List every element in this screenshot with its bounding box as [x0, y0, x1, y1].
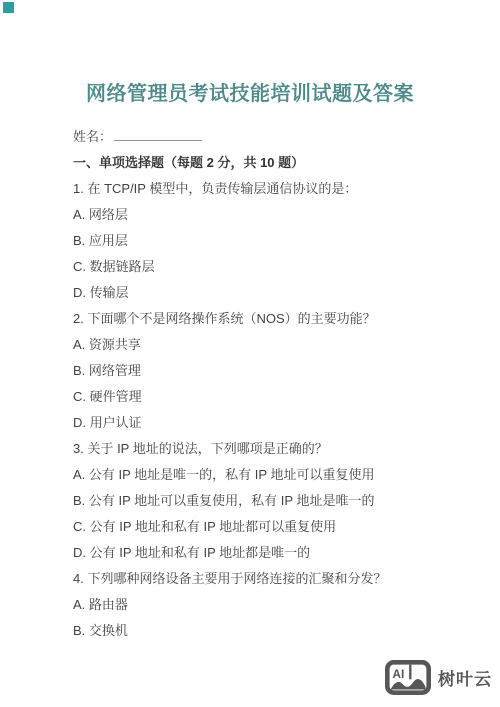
- logo-ai-text: AI: [392, 667, 404, 681]
- watermark-brand-name: 树叶云: [438, 665, 492, 690]
- question-4-option-b: B. 交换机: [73, 618, 472, 644]
- question-4-option-a: A. 路由器: [73, 592, 472, 618]
- question-3-option-b: B. 公有 IP 地址可以重复使用，私有 IP 地址是唯一的: [73, 488, 472, 514]
- ai-picture-logo-icon: AI: [385, 660, 431, 695]
- question-1-option-b: B. 应用层: [73, 228, 472, 254]
- question-3-option-d: D. 公有 IP 地址和私有 IP 地址都是唯一的: [73, 540, 472, 566]
- question-2-option-b: B. 网络管理: [73, 358, 472, 384]
- page-title: 网络管理员考试技能培训试题及答案: [30, 84, 470, 104]
- question-3-option-a: A. 公有 IP 地址是唯一的，私有 IP 地址可以重复使用: [73, 462, 472, 488]
- question-3-option-c: C. 公有 IP 地址和私有 IP 地址都可以重复使用: [73, 514, 472, 540]
- brand-accent-square: [3, 2, 14, 13]
- name-label: 姓名：: [73, 129, 112, 144]
- question-2-text: 2. 下面哪个不是网络操作系统（NOS）的主要功能？: [73, 306, 472, 332]
- name-row: 姓名：: [73, 124, 472, 150]
- question-2-option-c: C. 硬件管理: [73, 384, 472, 410]
- name-blank-field: [114, 128, 202, 141]
- document-body: 姓名： 一、单项选择题（每题 2 分，共 10 题） 1. 在 TCP/IP 模…: [0, 124, 500, 644]
- question-4-text: 4. 下列哪种网络设备主要用于网络连接的汇聚和分发？: [73, 566, 472, 592]
- question-1-option-a: A. 网络层: [73, 202, 472, 228]
- watermark: AI 树叶云: [385, 660, 492, 695]
- question-2-option-d: D. 用户认证: [73, 410, 472, 436]
- question-2-option-a: A. 资源共享: [73, 332, 472, 358]
- question-1-text: 1. 在 TCP/IP 模型中，负责传输层通信协议的是：: [73, 176, 472, 202]
- question-1-option-c: C. 数据链路层: [73, 254, 472, 280]
- question-1-option-d: D. 传输层: [73, 280, 472, 306]
- section-header: 一、单项选择题（每题 2 分，共 10 题）: [73, 150, 472, 176]
- question-3-text: 3. 关于 IP 地址的说法，下列哪项是正确的？: [73, 436, 472, 462]
